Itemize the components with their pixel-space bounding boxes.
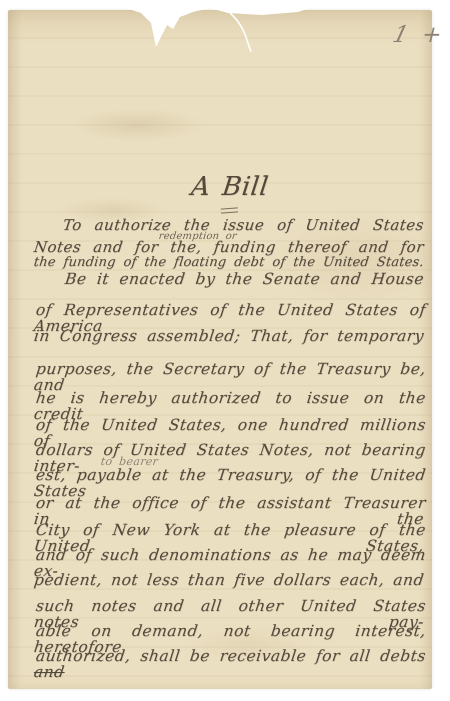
subtitle-line: Notes and for the, funding thereof and f… <box>33 240 425 255</box>
body-line: Be it enacted by the Senate and House <box>64 272 425 288</box>
body-line: authorized, shall be receivable for all … <box>33 649 427 680</box>
scan-background: 1 + A Bill To authorize the issue of Uni… <box>0 0 450 701</box>
page-number-annotation: 1 + <box>390 22 447 48</box>
body-line-text: authorized, shall be receivable for all … <box>35 647 427 665</box>
insertion-redemption-or: redemption or <box>158 231 238 242</box>
body-line: pedient, not less than five dollars each… <box>33 573 425 589</box>
struck-word: and <box>33 663 66 681</box>
subtitle-line: To authorize the issue of United States <box>62 218 425 233</box>
bill-title: A Bill <box>33 172 427 202</box>
subtitle-line: the funding of the floating debt of the … <box>33 256 425 269</box>
document-page: 1 + A Bill To authorize the issue of Uni… <box>8 10 432 689</box>
body-line: in Congress assembled; That, for tempora… <box>33 329 425 345</box>
